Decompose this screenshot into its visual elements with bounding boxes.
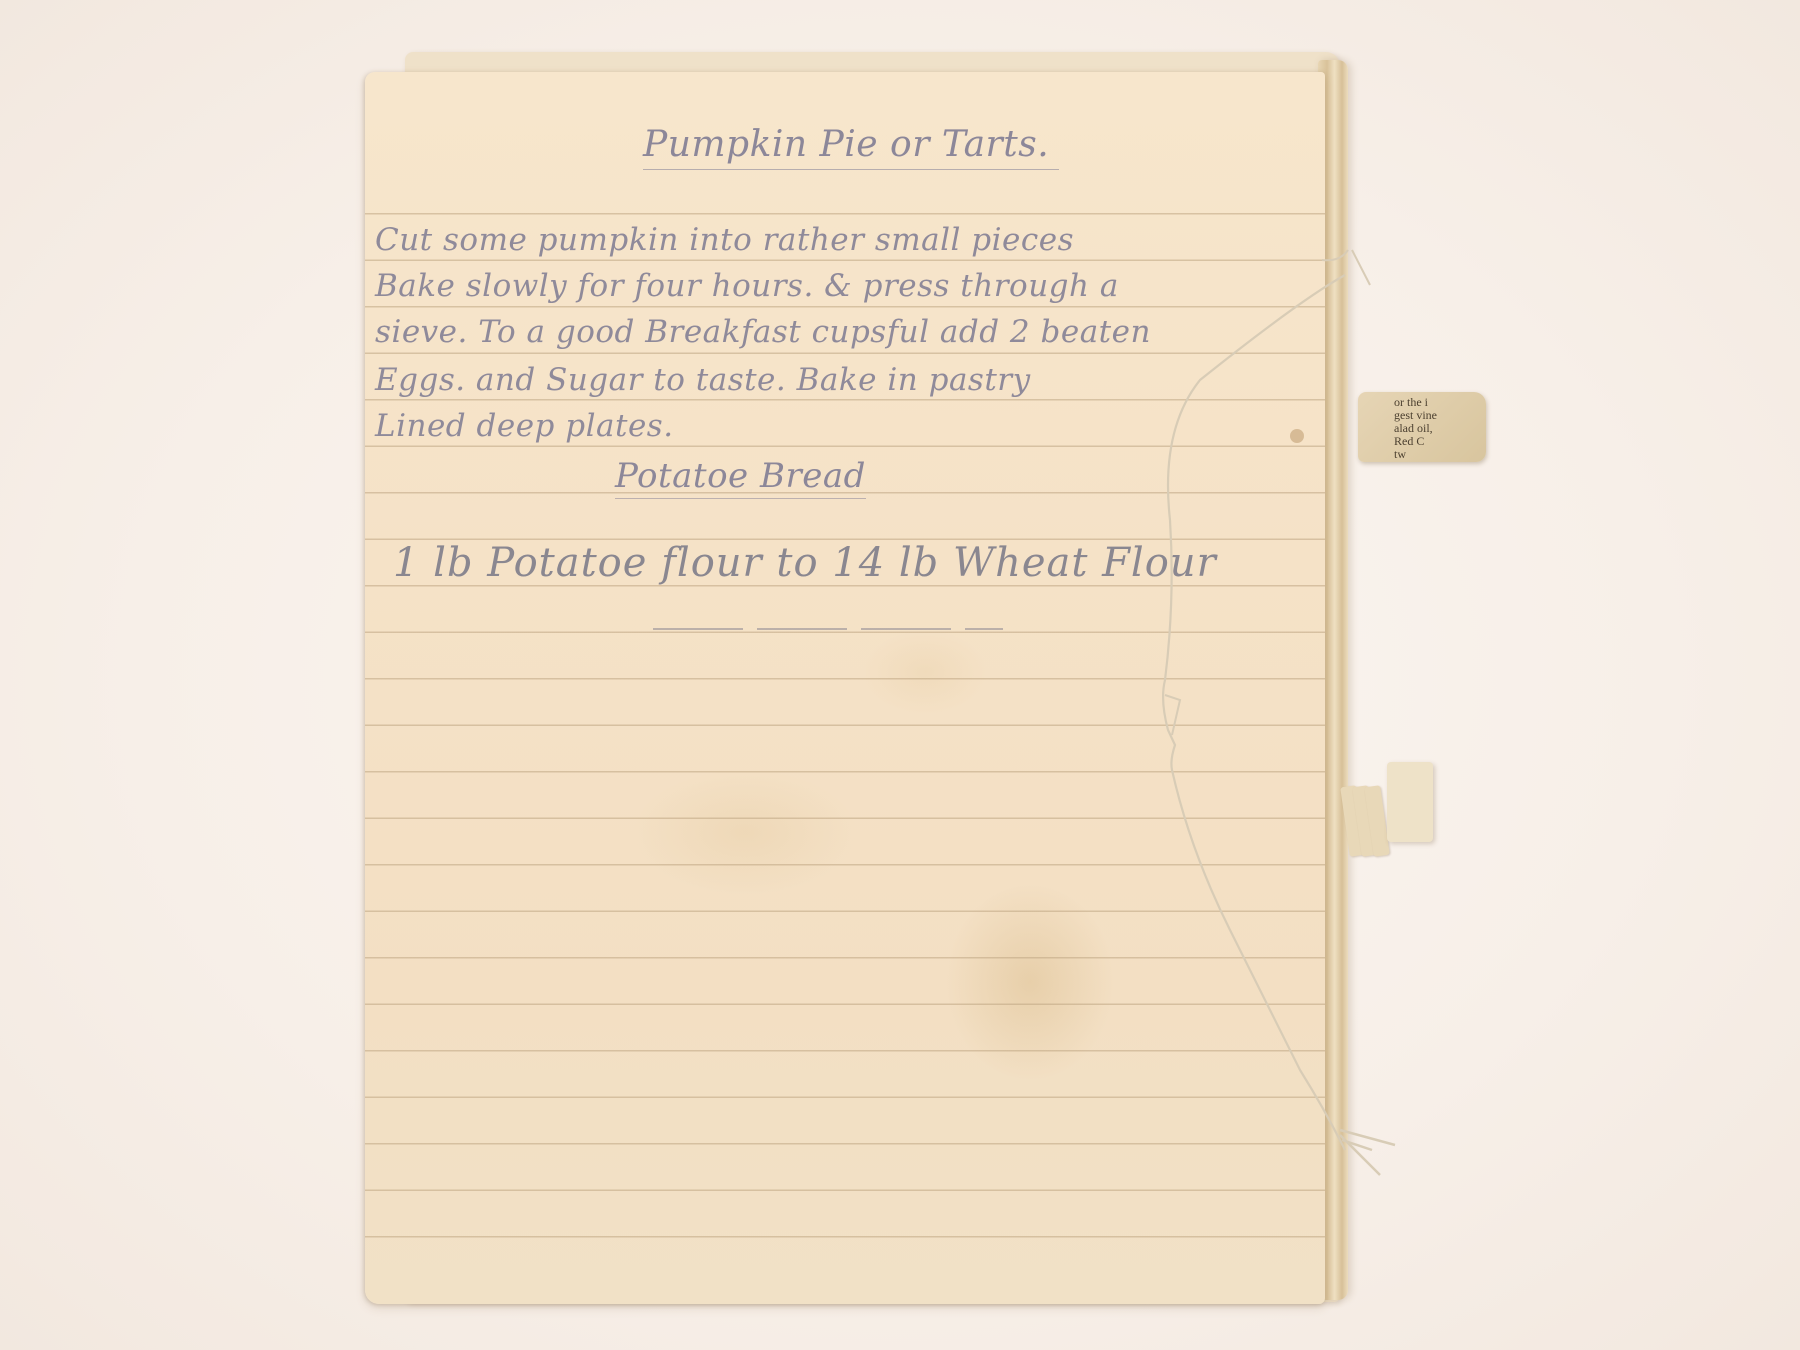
recipe-title-potato-bread: Potatoe Bread [615, 456, 866, 499]
paper-tab [1387, 762, 1433, 842]
recipe-line: Lined deep plates. [375, 408, 674, 444]
dashed-underline [653, 628, 1003, 630]
newsprint-scrap: or the i gest vine alad oil, Red C tw [1358, 392, 1486, 462]
recipe-line: Eggs. and Sugar to taste. Bake in pastry [375, 362, 1031, 398]
recipe-line: Bake slowly for four hours. & press thro… [375, 268, 1119, 304]
scrap-text-line: tw [1394, 448, 1480, 461]
stain-spot [1290, 429, 1304, 443]
notebook-page: Pumpkin Pie or Tarts. Cut some pumpkin i… [365, 72, 1325, 1304]
recipe-title-pumpkin-pie: Pumpkin Pie or Tarts. [643, 124, 1059, 170]
scrap-text-line: Red C [1394, 435, 1480, 448]
recipe-line: sieve. To a good Breakfast cupsful add 2… [375, 314, 1151, 350]
folded-paper-scraps [1345, 762, 1435, 862]
recipe-line: 1 lb Potatoe flour to 14 lb Wheat Flour [393, 540, 1217, 586]
recipe-line: Cut some pumpkin into rather small piece… [375, 222, 1074, 258]
